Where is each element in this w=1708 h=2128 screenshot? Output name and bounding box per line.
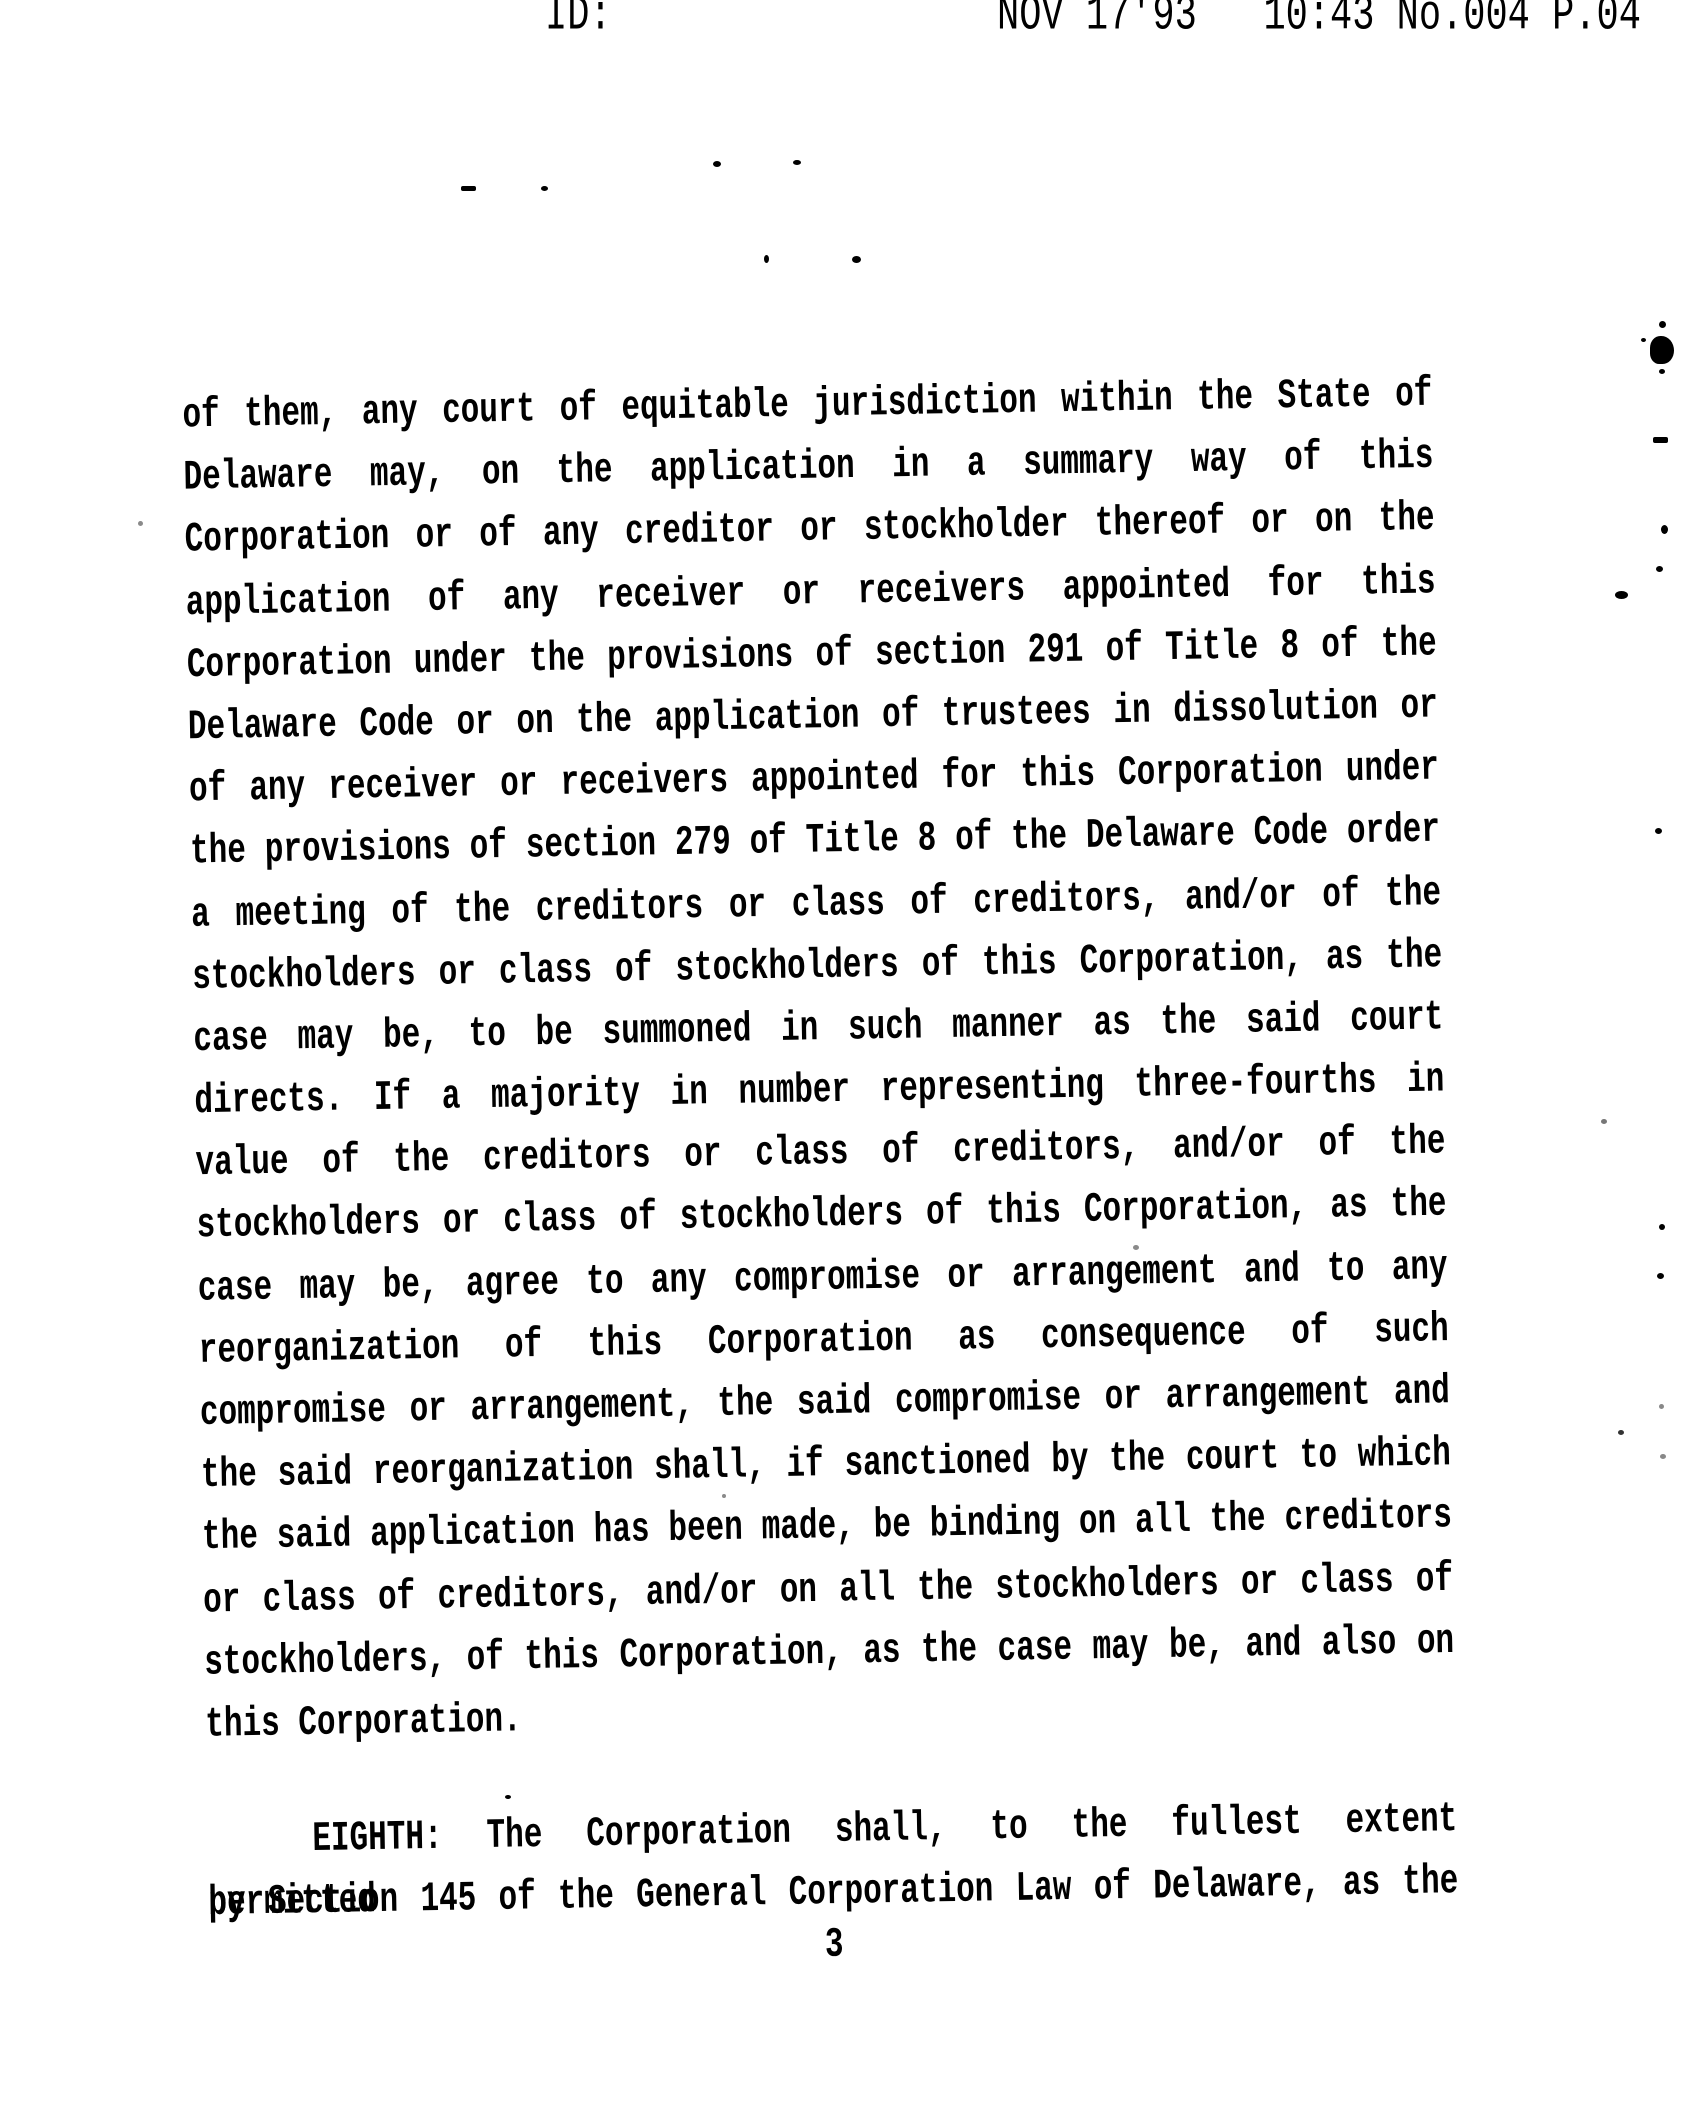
ink-speck <box>1661 525 1668 534</box>
ink-speck <box>1657 1273 1664 1279</box>
fax-id-label: ID: <box>545 0 612 42</box>
ink-speck <box>852 256 861 263</box>
ink-speck <box>138 521 143 526</box>
ink-speck <box>1650 336 1674 364</box>
ink-speck <box>505 1795 511 1799</box>
ink-speck <box>1655 828 1662 834</box>
ink-speck <box>1615 591 1628 599</box>
ink-speck <box>764 255 769 263</box>
ink-speck <box>1659 1224 1665 1230</box>
ink-speck <box>461 186 476 191</box>
document-body: of them, any court of equitable jurisdic… <box>182 364 1460 1988</box>
fax-page: ID: NOV 17'93 10:43 No.004 P.04 of them,… <box>0 0 1708 2128</box>
ink-speck <box>1656 566 1663 572</box>
ink-speck <box>722 1494 726 1498</box>
fax-timestamp: NOV 17'93 10:43 No.004 P.04 <box>997 0 1641 42</box>
ink-speck <box>1659 369 1665 374</box>
ink-speck <box>1618 1430 1624 1435</box>
ink-speck <box>1133 1245 1139 1250</box>
ink-speck <box>1659 1404 1664 1409</box>
document-text: of them, any court of equitable jurisdic… <box>182 364 1459 1936</box>
ink-speck <box>541 186 548 191</box>
fax-header: ID: NOV 17'93 10:43 No.004 P.04 <box>0 0 1708 54</box>
ink-speck <box>713 161 721 167</box>
ink-speck <box>793 160 801 165</box>
ink-speck <box>1601 1119 1607 1124</box>
ink-speck <box>1659 321 1666 328</box>
ink-speck <box>1641 338 1646 342</box>
ink-speck <box>1653 437 1668 443</box>
ink-speck <box>1660 1454 1666 1459</box>
